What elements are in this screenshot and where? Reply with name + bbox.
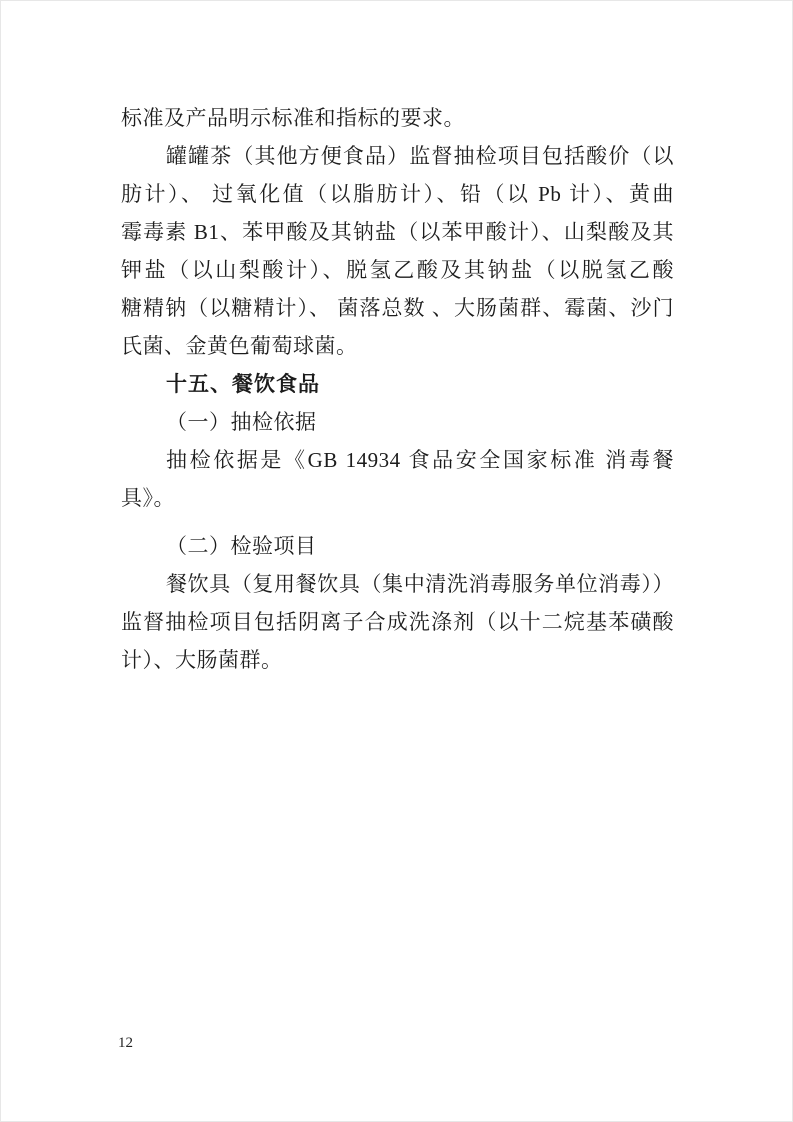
text-line: 监督抽检项目包括阴离子合成洗涤剂（以十二烷基苯磺酸钠 <box>121 603 674 641</box>
text-line: （一）抽检依据 <box>121 403 674 441</box>
text-line: 抽检依据是《GB 14934 食品安全国家标准 消毒餐（饮） <box>121 441 674 479</box>
text-line: 餐饮具（复用餐饮具（集中清洗消毒服务单位消毒）） <box>121 565 674 603</box>
text-line: 霉毒素 B1、苯甲酸及其钠盐（以苯甲酸计）、山梨酸及其 <box>121 213 674 251</box>
text-line: 罐罐茶（其他方便食品）监督抽检项目包括酸价（以脂 <box>121 137 674 175</box>
text-line: 糖精钠（以糖精计）、 菌落总数 、大肠菌群、霉菌、沙门 <box>121 289 674 327</box>
text-line: 标准及产品明示标准和指标的要求。 <box>121 99 674 137</box>
page-number: 12 <box>118 1033 133 1053</box>
document-page: 标准及产品明示标准和指标的要求。罐罐茶（其他方便食品）监督抽检项目包括酸价（以脂… <box>0 0 793 1122</box>
text-line: 肪计）、 过氧化值（以脂肪计）、铅（以 Pb 计）、黄曲 <box>121 175 674 213</box>
text-line: 十五、餐饮食品 <box>121 365 674 403</box>
text-line: 钾盐（以山梨酸计）、脱氢乙酸及其钠盐（以脱氢乙酸 计）、 <box>121 251 674 289</box>
text-line: 具》。 <box>121 479 674 517</box>
document-body: 标准及产品明示标准和指标的要求。罐罐茶（其他方便食品）监督抽检项目包括酸价（以脂… <box>121 99 674 679</box>
text-line: 计）、大肠菌群。 <box>121 641 674 679</box>
text-line: 氏菌、金黄色葡萄球菌。 <box>121 327 674 365</box>
text-line: （二）检验项目 <box>121 527 674 565</box>
